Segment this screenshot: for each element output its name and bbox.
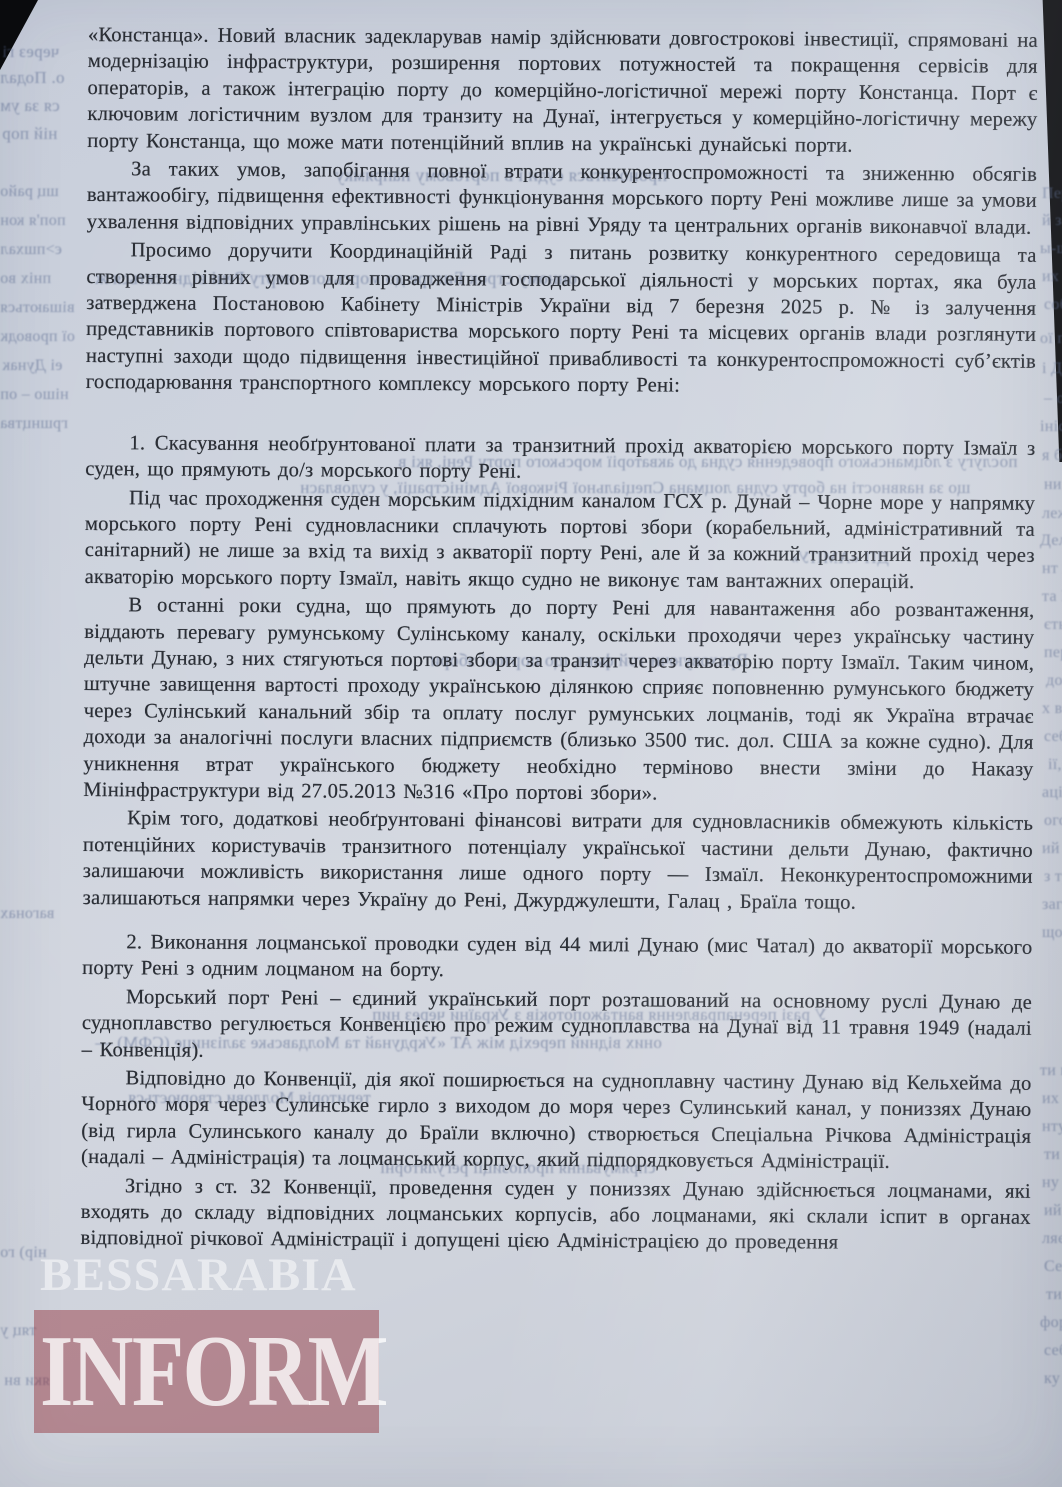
- paragraph-constanta: «Констанца». Новий власник задекларував …: [87, 22, 1038, 160]
- paragraph-ostanni-roky: В останні роки судна, що прямують до пор…: [83, 592, 1034, 809]
- paragraph-zhidno-st32: Згідно з ст. 32 Конвенції, проведення су…: [80, 1173, 1030, 1258]
- list-item-1: 1. Скасування необґрунтованої плати за т…: [85, 430, 1035, 489]
- paragraph-umovy: За таких умов, запобігання повної втрати…: [87, 156, 1037, 241]
- watermark-inform: INFORM: [40, 1321, 387, 1423]
- paragraph-krim-toho: Крім того, додаткові необґрунтовані фіна…: [83, 805, 1034, 916]
- paragraph-vidpovidno: Відповідно до Конвенції, дія якої поширю…: [81, 1065, 1032, 1176]
- paragraph-morskyi-port: Морський порт Рені – єдиний український …: [82, 984, 1032, 1069]
- watermark-box: INFORM: [34, 1310, 379, 1433]
- list-item-2: 2. Виконання лоцманської проводки суден …: [82, 929, 1032, 988]
- paragraph-prosymo: Просимо доручити Координаційній Раді з п…: [86, 237, 1037, 401]
- scanned-document-photo: { "colors": { "paper": "#ccd1db", "ink":…: [0, 0, 1062, 1487]
- document-body: «Констанца». Новий власник задекларував …: [80, 22, 1038, 1260]
- watermark-bessarabia: BESSARABIA: [40, 1252, 387, 1299]
- paragraph-pid-chas: Під час проходження суден морським підхі…: [85, 484, 1036, 595]
